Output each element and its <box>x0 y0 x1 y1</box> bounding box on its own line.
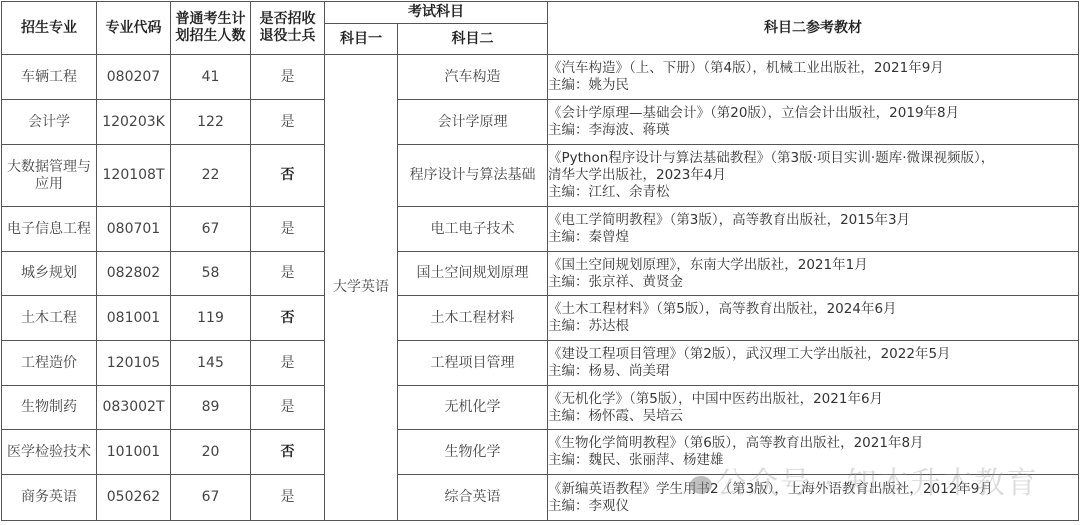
header-reference: 科目二参考教材 <box>548 2 1079 55</box>
subject2-cell: 国土空间规划原理 <box>398 252 548 296</box>
major-cell: 电子信息工程 <box>2 207 97 252</box>
veterans-cell: 否 <box>251 296 325 341</box>
major-cell: 生物制药 <box>2 386 97 430</box>
header-subject2: 科目二 <box>398 24 548 55</box>
table-row: 医学检验技术10100120否生物化学《生物化学简明教程》（第6版），高等教育出… <box>2 430 1079 475</box>
header-veterans: 是否招收退役士兵 <box>251 2 325 55</box>
veterans-cell: 是 <box>251 386 325 430</box>
major-cell: 医学检验技术 <box>2 430 97 475</box>
header-major: 招生专业 <box>2 2 97 55</box>
code-cell: 081001 <box>97 296 171 341</box>
reference-cell: 《无机化学》（第5版），中国中医药出版社，2021年6月主编：杨怀霞、吴培云 <box>548 386 1079 430</box>
code-cell: 120203K <box>97 100 171 145</box>
reference-cell: 《建设工程项目管理》（第2版），武汉理工大学出版社，2022年5月主编：杨易、尚… <box>548 341 1079 386</box>
major-cell: 车辆工程 <box>2 55 97 100</box>
reference-line: 《会计学原理—基础会计》（第20版），立信会计出版社，2019年8月 <box>548 105 1078 122</box>
table-row: 工程造价120105145是工程项目管理《建设工程项目管理》（第2版），武汉理工… <box>2 341 1079 386</box>
reference-cell: 《会计学原理—基础会计》（第20版），立信会计出版社，2019年8月主编：李海波… <box>548 100 1079 145</box>
code-cell: 080207 <box>97 55 171 100</box>
subject2-cell: 电工电子技术 <box>398 207 548 252</box>
header-code: 专业代码 <box>97 2 171 55</box>
quota-cell: 58 <box>171 252 251 296</box>
major-cell: 工程造价 <box>2 341 97 386</box>
subject2-cell: 生物化学 <box>398 430 548 475</box>
quota-cell: 67 <box>171 475 251 521</box>
veterans-cell: 是 <box>251 475 325 521</box>
reference-line: 《Python程序设计与算法基础教程》（第3版·项目实训·题库·微课视频版）， <box>548 150 1078 167</box>
reference-line: 主编：江红、余青松 <box>548 184 1078 201</box>
quota-cell: 122 <box>171 100 251 145</box>
quota-cell: 20 <box>171 430 251 475</box>
subject2-cell: 工程项目管理 <box>398 341 548 386</box>
reference-line: 《汽车构造》（上、下册）（第4版），机械工业出版社，2021年9月 <box>548 60 1078 77</box>
reference-line: 主编：李观仪 <box>548 498 1078 515</box>
reference-cell: 《Python程序设计与算法基础教程》（第3版·项目实训·题库·微课视频版），清… <box>548 145 1079 207</box>
table-row: 大数据管理与应用120108T22否程序设计与算法基础《Python程序设计与算… <box>2 145 1079 207</box>
major-cell: 会计学 <box>2 100 97 145</box>
table-row: 生物制药083002T89是无机化学《无机化学》（第5版），中国中医药出版社，2… <box>2 386 1079 430</box>
subject2-cell: 土木工程材料 <box>398 296 548 341</box>
reference-line: 主编：李海波、蒋瑛 <box>548 122 1078 139</box>
quota-cell: 67 <box>171 207 251 252</box>
table-row: 商务英语05026267是综合英语《新编英语教程》学生用书2（第3版），上海外语… <box>2 475 1079 521</box>
subject2-cell: 会计学原理 <box>398 100 548 145</box>
table-row: 土木工程081001119否土木工程材料《土木工程材料》（第5版），高等教育出版… <box>2 296 1079 341</box>
reference-cell: 《新编英语教程》学生用书2（第3版），上海外语教育出版社，2012年9月主编：李… <box>548 475 1079 521</box>
reference-line: 《生物化学简明教程》（第6版），高等教育出版社，2021年8月 <box>548 435 1078 452</box>
table-row: 城乡规划08280258是国土空间规划原理《国土空间规划原理》，东南大学出版社，… <box>2 252 1079 296</box>
veterans-cell: 否 <box>251 145 325 207</box>
code-cell: 083002T <box>97 386 171 430</box>
reference-cell: 《生物化学简明教程》（第6版），高等教育出版社，2021年8月主编：魏民、张丽萍… <box>548 430 1079 475</box>
reference-line: 主编：杨怀霞、吴培云 <box>548 408 1078 425</box>
quota-cell: 119 <box>171 296 251 341</box>
veterans-cell: 否 <box>251 430 325 475</box>
table-row: 电子信息工程08070167是电工电子技术《电工学简明教程》（第3版），高等教育… <box>2 207 1079 252</box>
subject2-cell: 无机化学 <box>398 386 548 430</box>
reference-line: 主编：张京祥、黄贤金 <box>548 274 1078 291</box>
veterans-cell: 是 <box>251 207 325 252</box>
quota-cell: 89 <box>171 386 251 430</box>
reference-line: 主编：魏民、张丽萍、杨建雄 <box>548 452 1078 469</box>
subject2-cell: 综合英语 <box>398 475 548 521</box>
code-cell: 120105 <box>97 341 171 386</box>
quota-cell: 145 <box>171 341 251 386</box>
veterans-cell: 是 <box>251 100 325 145</box>
code-cell: 101001 <box>97 430 171 475</box>
major-cell: 商务英语 <box>2 475 97 521</box>
major-cell: 土木工程 <box>2 296 97 341</box>
reference-line: 《电工学简明教程》（第3版），高等教育出版社，2015年3月 <box>548 212 1078 229</box>
veterans-cell: 是 <box>251 55 325 100</box>
quota-cell: 41 <box>171 55 251 100</box>
code-cell: 080701 <box>97 207 171 252</box>
code-cell: 082802 <box>97 252 171 296</box>
reference-line: 《无机化学》（第5版），中国中医药出版社，2021年6月 <box>548 391 1078 408</box>
table-row: 车辆工程08020741是大学英语汽车构造《汽车构造》（上、下册）（第4版），机… <box>2 55 1079 100</box>
reference-line: 《国土空间规划原理》，东南大学出版社，2021年1月 <box>548 257 1078 274</box>
reference-line: 主编：杨易、尚美珺 <box>548 363 1078 380</box>
reference-line: 《新编英语教程》学生用书2（第3版），上海外语教育出版社，2012年9月 <box>548 481 1078 498</box>
subject2-cell: 程序设计与算法基础 <box>398 145 548 207</box>
code-cell: 120108T <box>97 145 171 207</box>
subject1-cell: 大学英语 <box>325 55 398 521</box>
reference-line: 《土木工程材料》（第5版），高等教育出版社，2024年6月 <box>548 301 1078 318</box>
table-row: 会计学120203K122是会计学原理《会计学原理—基础会计》（第20版），立信… <box>2 100 1079 145</box>
admissions-table: 招生专业 专业代码 普通考生计划招生人数 是否招收退役士兵 考试科目 科目二参考… <box>1 1 1079 521</box>
veterans-cell: 是 <box>251 252 325 296</box>
reference-line: 主编：苏达根 <box>548 318 1078 335</box>
header-subject1: 科目一 <box>325 24 398 55</box>
subject2-cell: 汽车构造 <box>398 55 548 100</box>
header-quota: 普通考生计划招生人数 <box>171 2 251 55</box>
reference-cell: 《电工学简明教程》（第3版），高等教育出版社，2015年3月主编：秦曾煌 <box>548 207 1079 252</box>
reference-line: 主编：姚为民 <box>548 77 1078 94</box>
reference-cell: 《国土空间规划原理》，东南大学出版社，2021年1月主编：张京祥、黄贤金 <box>548 252 1079 296</box>
reference-line: 主编：秦曾煌 <box>548 229 1078 246</box>
veterans-cell: 是 <box>251 341 325 386</box>
major-cell: 城乡规划 <box>2 252 97 296</box>
major-cell: 大数据管理与应用 <box>2 145 97 207</box>
code-cell: 050262 <box>97 475 171 521</box>
quota-cell: 22 <box>171 145 251 207</box>
reference-cell: 《土木工程材料》（第5版），高等教育出版社，2024年6月主编：苏达根 <box>548 296 1079 341</box>
reference-line: 《建设工程项目管理》（第2版），武汉理工大学出版社，2022年5月 <box>548 346 1078 363</box>
header-exam-subjects: 考试科目 <box>325 2 548 24</box>
reference-line: 清华大学出版社，2023年4月 <box>548 167 1078 184</box>
reference-cell: 《汽车构造》（上、下册）（第4版），机械工业出版社，2021年9月主编：姚为民 <box>548 55 1079 100</box>
